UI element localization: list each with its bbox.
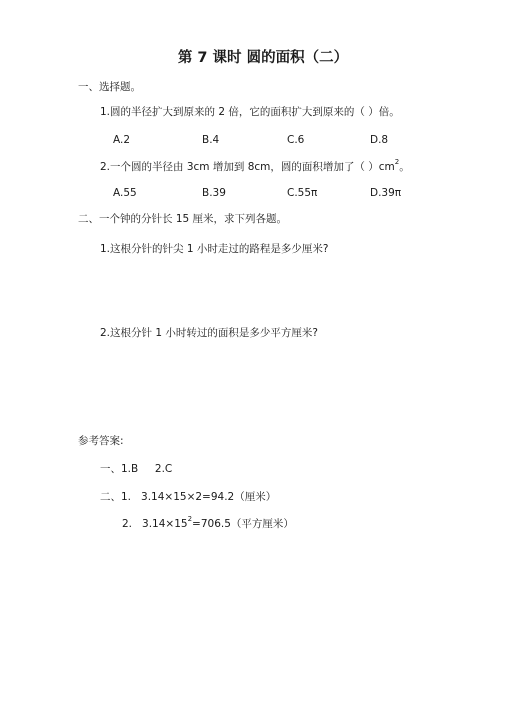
q2-option-b: B.39 (202, 186, 226, 200)
question-2-text: 2.一个圆的半径由 3cm 增加到 8cm，圆的面积增加了（ ）cm2。 (100, 160, 410, 174)
answer-line-3-after: =706.5（平方厘米） (192, 518, 294, 530)
answer-line-1: 一、1.B 2.C (100, 462, 172, 476)
page-title: 第 7 课时 圆的面积（二） (0, 48, 526, 68)
section2-heading: 二、一个钟的分针长 15 厘米，求下列各题。 (78, 212, 287, 226)
section1-heading: 一、选择题。 (78, 80, 141, 94)
q1-option-c: C.6 (287, 133, 304, 147)
q1-option-a: A.2 (113, 133, 130, 147)
answers-heading: 参考答案: (78, 434, 124, 448)
answer-line-3-superscript: 2 (188, 515, 192, 523)
section2-question-2: 2.这根分针 1 小时转过的面积是多少平方厘米? (100, 326, 318, 340)
q2-option-a: A.55 (113, 186, 137, 200)
answer-line-3: 2. 3.14×152=706.5（平方厘米） (122, 517, 294, 531)
q2-option-d: D.39π (370, 186, 401, 200)
answer-line-2: 二、1. 3.14×15×2=94.2（厘米） (100, 490, 276, 504)
question-1-text: 1.圆的半径扩大到原来的 2 倍，它的面积扩大到原来的（ ）倍。 (100, 105, 400, 119)
section2-question-1: 1.这根分针的针尖 1 小时走过的路程是多少厘米? (100, 242, 328, 256)
answer-line-3-before: 2. 3.14×15 (122, 518, 188, 530)
q1-option-b: B.4 (202, 133, 219, 147)
q2-text-before: 2.一个圆的半径由 3cm 增加到 8cm，圆的面积增加了（ ）cm (100, 161, 395, 173)
q2-option-c: C.55π (287, 186, 317, 200)
q2-text-after: 。 (399, 161, 410, 173)
q1-option-d: D.8 (370, 133, 388, 147)
q2-superscript: 2 (395, 158, 399, 166)
